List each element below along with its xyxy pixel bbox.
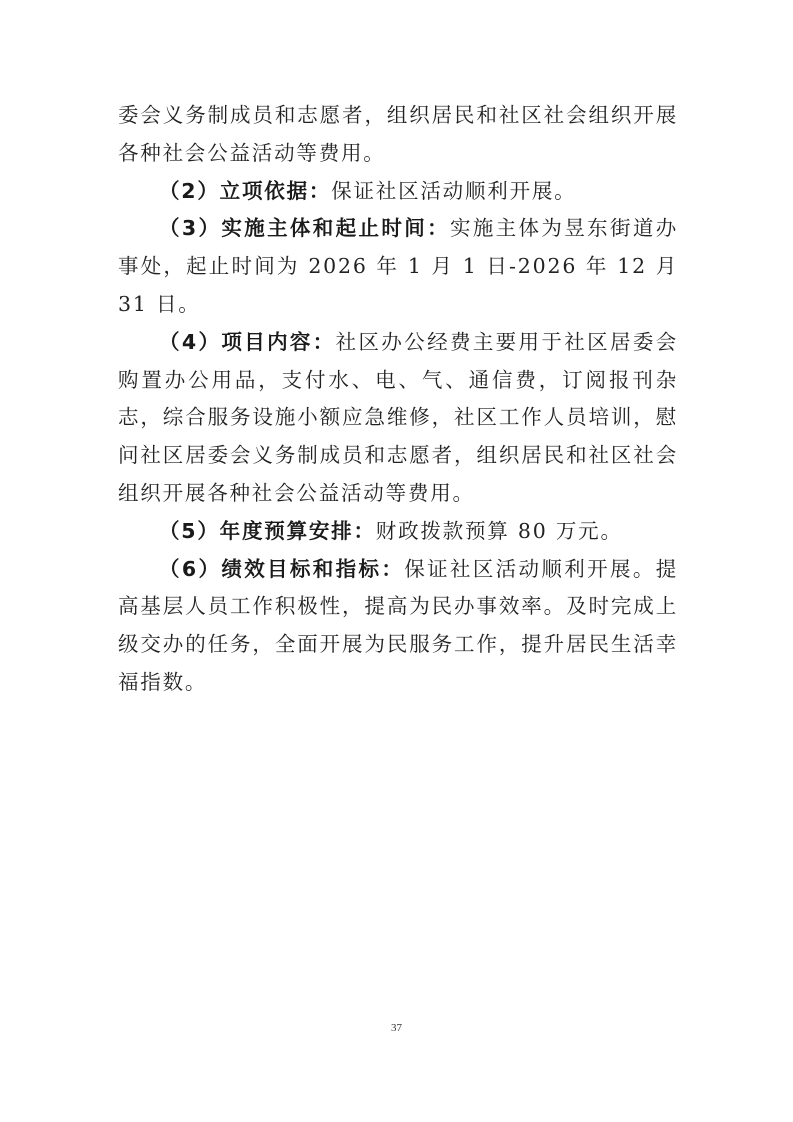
document-page: 委会义务制成员和志愿者，组织居民和社区社会组织开展各种社会公益活动等费用。 （2… xyxy=(0,0,793,1122)
paragraph-label: （4）项目内容： xyxy=(159,330,336,354)
paragraph-text: 保证社区活动顺利开展。 xyxy=(331,179,576,203)
paragraph-performance-goals: （6）绩效目标和指标：保证社区活动顺利开展。提高基层人员工作积极性，提高为民办事… xyxy=(118,551,678,702)
page-number: 37 xyxy=(0,1022,793,1034)
paragraph-text: 财政拨款预算 80 万元。 xyxy=(376,519,623,543)
paragraph-label: （2）立项依据： xyxy=(159,179,331,203)
document-body: 委会义务制成员和志愿者，组织居民和社区社会组织开展各种社会公益活动等费用。 （2… xyxy=(118,97,678,702)
paragraph-project-basis: （2）立项依据：保证社区活动顺利开展。 xyxy=(118,173,678,211)
paragraph-project-content: （4）项目内容：社区办公经费主要用于社区居委会购置办公用品，支付水、电、气、通信… xyxy=(118,324,678,513)
paragraph-implementer-period: （3）实施主体和起止时间：实施主体为昱东街道办事处，起止时间为 2026 年 1… xyxy=(118,210,678,323)
paragraph-text: 委会义务制成员和志愿者，组织居民和社区社会组织开展各种社会公益活动等费用。 xyxy=(118,103,678,165)
paragraph-continuation: 委会义务制成员和志愿者，组织居民和社区社会组织开展各种社会公益活动等费用。 xyxy=(118,97,678,173)
paragraph-text: 社区办公经费主要用于社区居委会购置办公用品，支付水、电、气、通信费，订阅报刊杂志… xyxy=(118,330,678,505)
paragraph-label: （3）实施主体和起止时间： xyxy=(159,216,450,240)
paragraph-annual-budget: （5）年度预算安排：财政拨款预算 80 万元。 xyxy=(118,513,678,551)
paragraph-label: （6）绩效目标和指标： xyxy=(159,557,404,581)
paragraph-label: （5）年度预算安排： xyxy=(159,519,376,543)
